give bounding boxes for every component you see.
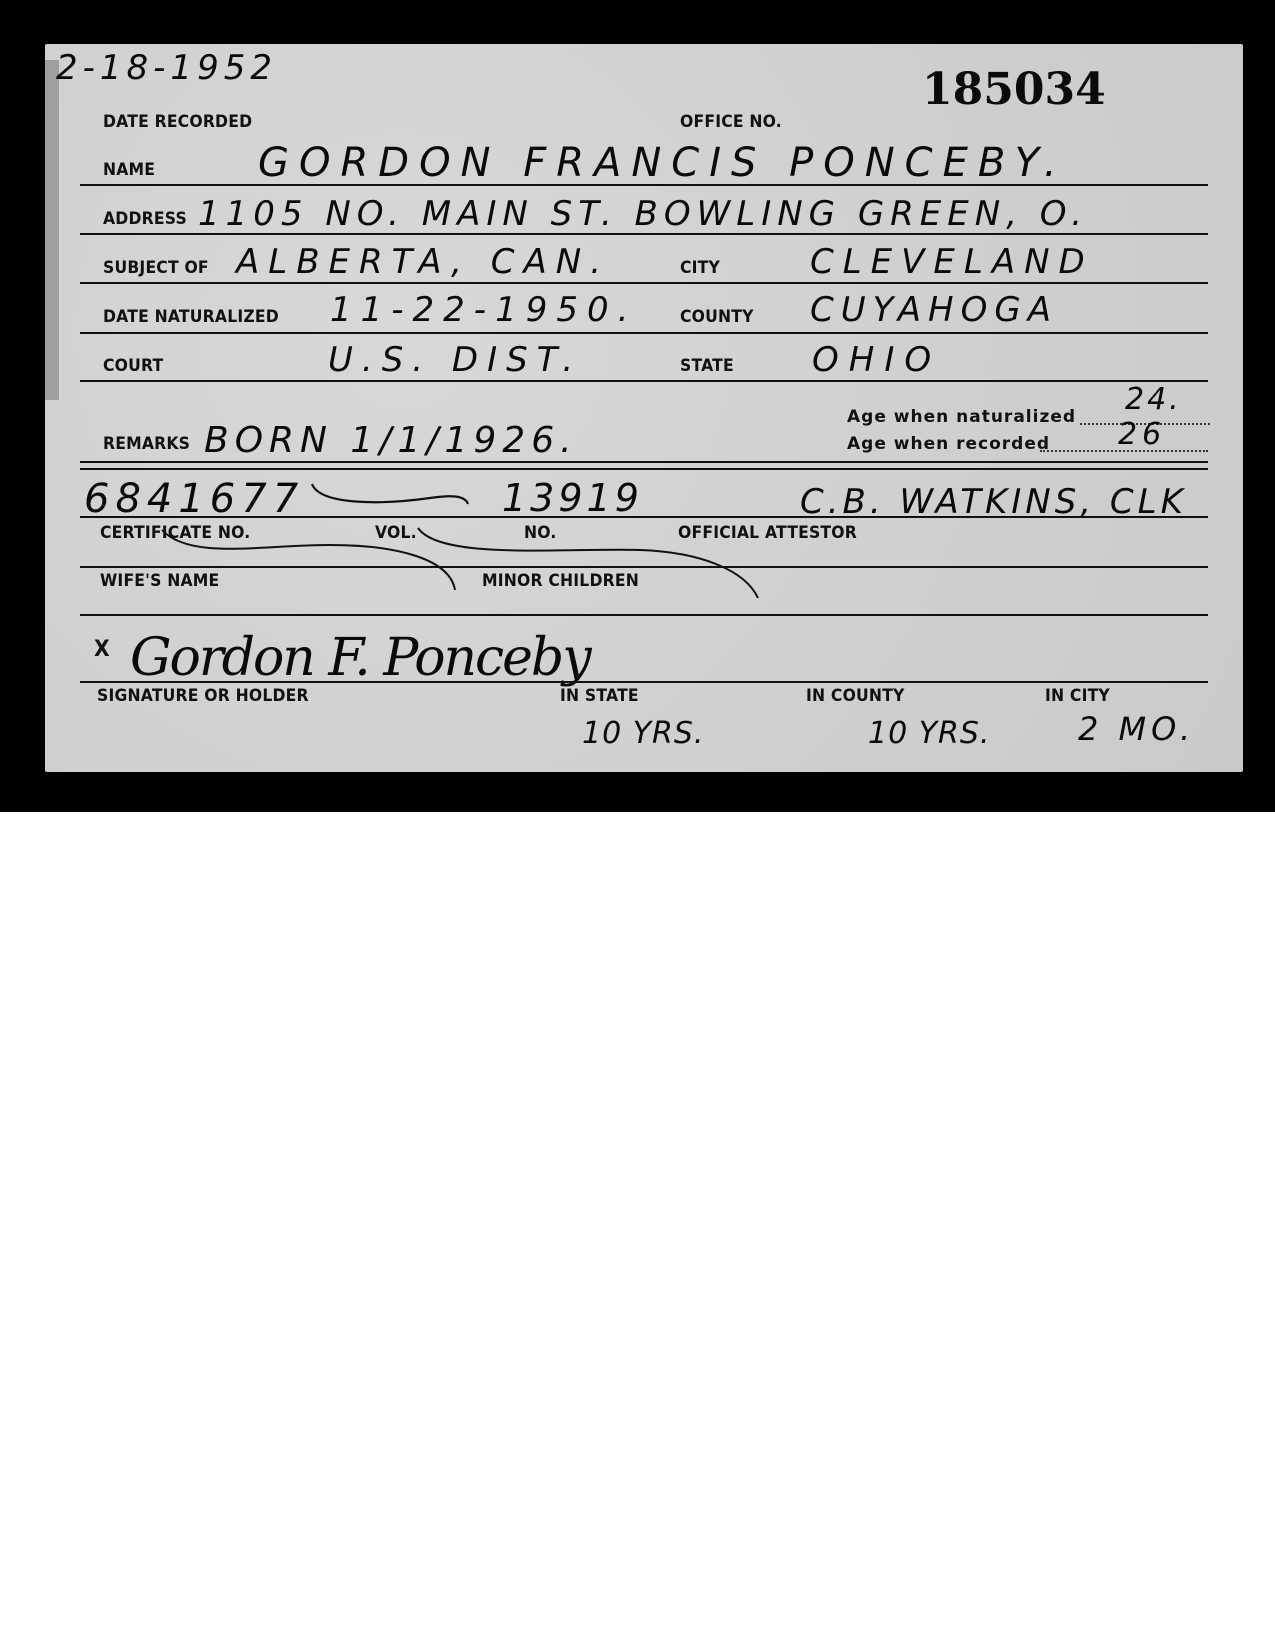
handwritten-bracket-strokes	[0, 0, 1275, 812]
